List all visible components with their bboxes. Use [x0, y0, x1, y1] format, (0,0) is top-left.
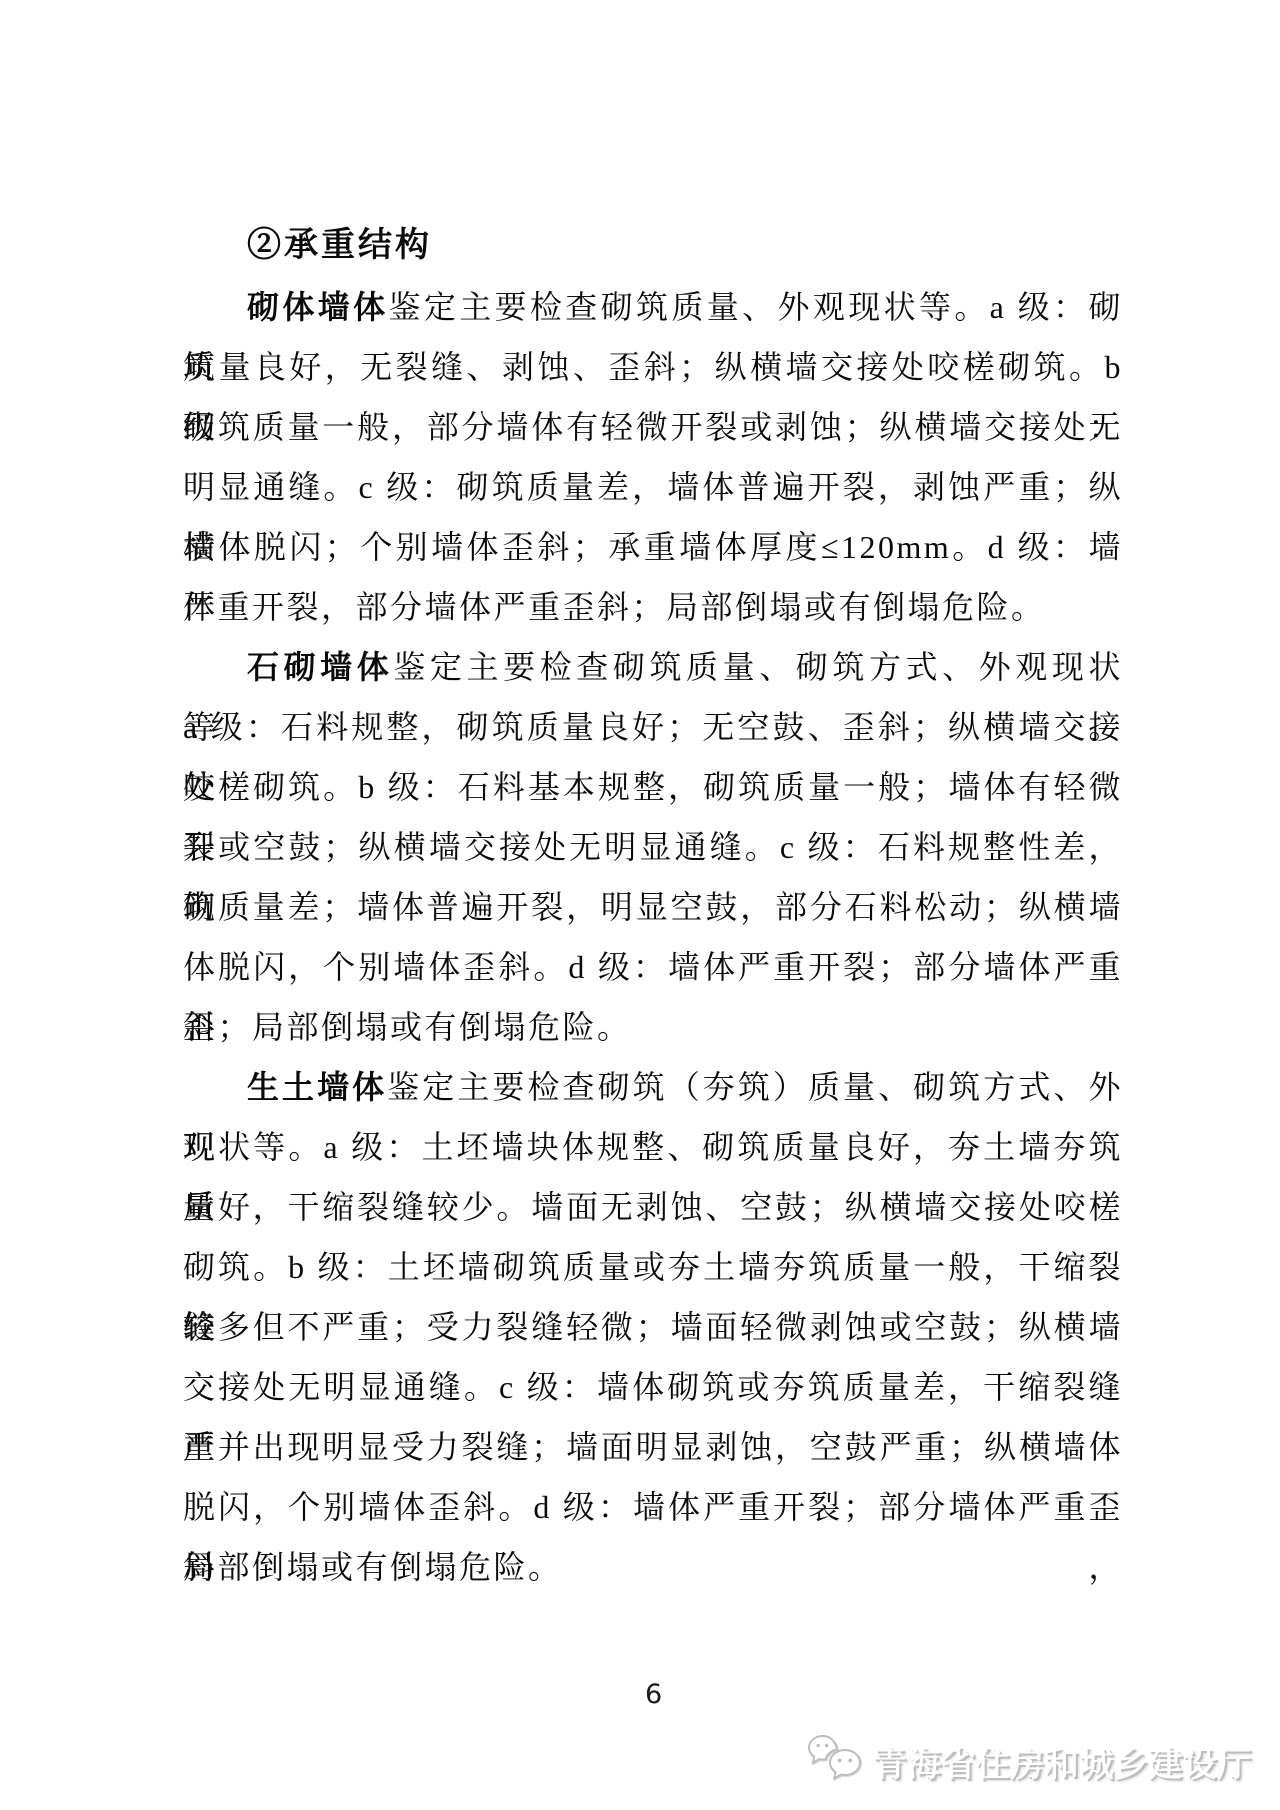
wechat-icon: [806, 1733, 864, 1789]
text-line: 较多但不严重；受力裂缝轻微；墙面轻微剥蚀或空鼓；纵横墙: [183, 1297, 1123, 1357]
text-line: 斜；局部倒塌或有倒塌危险。: [183, 997, 1123, 1057]
text-line: 现状等。a 级：土坯墙块体规整、砌筑质量良好，夯土墙夯筑质: [183, 1117, 1123, 1177]
paragraph-lead-term: 砌体墙体: [247, 289, 388, 325]
paragraph-lead-term: 石砌墙体: [247, 649, 393, 685]
text-line: 生土墙体鉴定主要检查砌筑（夯筑）质量、砌筑方式、外观: [183, 1057, 1123, 1117]
text-line: 量好，干缩裂缝较少。墙面无剥蚀、空鼓；纵横墙交接处咬槎: [183, 1177, 1123, 1237]
text-line: 砌体墙体鉴定主要检查砌筑质量、外观现状等。a 级：砌筑: [183, 277, 1123, 337]
document-page: ②承重结构 砌体墙体鉴定主要检查砌筑质量、外观现状等。a 级：砌筑质量良好，无裂…: [0, 0, 1280, 1810]
text-line: a 级：石料规整，砌筑质量良好；无空鼓、歪斜；纵横墙交接处: [183, 697, 1123, 757]
document-body: 砌体墙体鉴定主要检查砌筑质量、外观现状等。a 级：砌筑质量良好，无裂缝、剥蚀、歪…: [183, 277, 1123, 1597]
text-line: 交接处无明显通缝。c 级：墙体砌筑或夯筑质量差，干缩裂缝严: [183, 1357, 1123, 1417]
text-line: 裂或空鼓；纵横墙交接处无明显通缝。c 级：石料规整性差，砌: [183, 817, 1123, 877]
text-line: 重并出现明显受力裂缝；墙面明显剥蚀，空鼓严重；纵横墙体: [183, 1417, 1123, 1477]
text-line: 砌筑质量一般，部分墙体有轻微开裂或剥蚀；纵横墙交接处无: [183, 397, 1123, 457]
text-line: 砌筑。b 级：土坯墙砌筑质量或夯土墙夯筑质量一般，干缩裂缝: [183, 1237, 1123, 1297]
footer-watermark: 青海省住房和城乡建设厅: [806, 1733, 1253, 1789]
document-text-block: ②承重结构 砌体墙体鉴定主要检查砌筑质量、外观现状等。a 级：砌筑质量良好，无裂…: [183, 215, 1123, 1597]
text-line: 筑质量差；墙体普遍开裂，明显空鼓，部分石料松动；纵横墙: [183, 877, 1123, 937]
text-line: 石砌墙体鉴定主要检查砌筑质量、砌筑方式、外观现状等。: [183, 637, 1123, 697]
text-line: 严重开裂，部分墙体严重歪斜；局部倒塌或有倒塌危险。: [183, 577, 1123, 637]
text-line: 体脱闪，个别墙体歪斜。d 级：墙体严重开裂；部分墙体严重歪: [183, 937, 1123, 997]
text-line: 脱闪，个别墙体歪斜。d 级：墙体严重开裂；部分墙体严重歪斜，: [183, 1477, 1123, 1537]
page-number: 6: [645, 1679, 662, 1710]
text-line: 墙体脱闪；个别墙体歪斜；承重墙体厚度≤120mm。d 级：墙体: [183, 517, 1123, 577]
text-line: 明显通缝。c 级：砌筑质量差，墙体普遍开裂，剥蚀严重；纵横: [183, 457, 1123, 517]
section-heading: ②承重结构: [183, 215, 1123, 277]
footer-org-name: 青海省住房和城乡建设厅: [873, 1737, 1253, 1786]
paragraph-lead-term: 生土墙体: [247, 1069, 387, 1105]
text-line: 质量良好，无裂缝、剥蚀、歪斜；纵横墙交接处咬槎砌筑。b 级：: [183, 337, 1123, 397]
text-line: 咬槎砌筑。b 级：石料基本规整，砌筑质量一般；墙体有轻微开: [183, 757, 1123, 817]
